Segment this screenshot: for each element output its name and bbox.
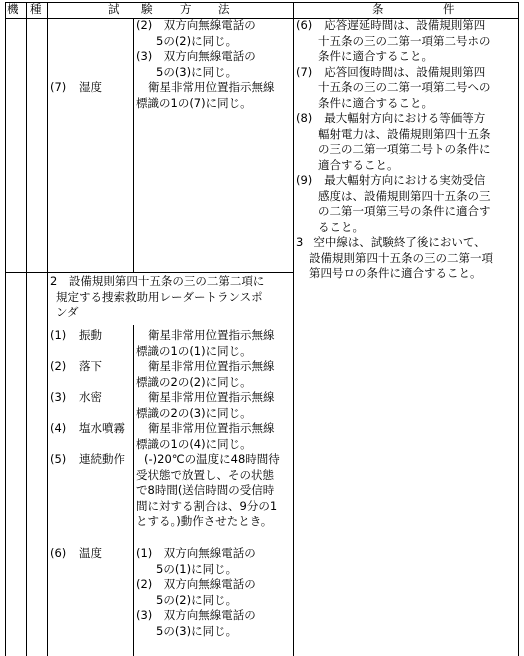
item-line: 標識の1の(1)に同じ。 [136, 344, 275, 360]
condition-line: (6)応答遅延時間は、設備規則第四 [296, 18, 491, 34]
heading-line: ンダ [50, 305, 264, 321]
item-name: 振動 [79, 328, 102, 344]
item-line: とする。)動作させたとき。 [136, 514, 280, 530]
table-top-border [5, 2, 519, 3]
condition-6: (6)応答遅延時間は、設備規則第四 十五条の三の二第一項第二号ホの 条件に適合す… [296, 18, 491, 65]
model-col-divider [26, 2, 27, 656]
block-separator [5, 272, 293, 273]
item-number: (3) [50, 390, 66, 406]
item-description: (1) 双方向無線電話の 5の(1)に同じ。 (2) 双方向無線電話の 5の(2… [136, 546, 256, 639]
item-line: 衛星非常用位置指示無線 [136, 421, 275, 437]
method-sub-divider-lower [133, 325, 134, 656]
condition-col-left-border [293, 2, 294, 656]
header-model-1: 機 [7, 2, 19, 17]
method-sub-divider-upper [133, 18, 134, 272]
condition-line: 第四号ロの条件に適合すること。 [296, 266, 493, 282]
sart-heading: 2 設備規則第四十五条の三の二第二項に 規定する捜索救助用レーダートランスポ ン… [50, 274, 264, 321]
condition-3-antenna: 3空中線は、試験終了後において、 設備規則第四十五条の三の二第一項 第四号ロの条… [296, 235, 493, 282]
item-name: 湿度 [79, 80, 102, 96]
item-name: 連続動作 [79, 452, 125, 468]
condition-line: 感度は、設備規則第四十五条の三 [296, 189, 491, 205]
item-description: 衛星非常用位置指示無線 標識の2の(3)に同じ。 [136, 390, 275, 421]
table-left-border [5, 2, 6, 656]
condition-line: 条件に適合すること。 [296, 96, 491, 112]
item-line: (2) 双方向無線電話の [136, 577, 256, 593]
item-line: 標識の1の(7)に同じ。 [136, 96, 275, 112]
condition-line: 十五条の三の二第一項第二号への [296, 80, 491, 96]
item-number: (4) [50, 421, 66, 437]
item-number: (1) [50, 328, 66, 344]
item-name: 塩水噴霧 [79, 421, 125, 437]
condition-line: ること。 [296, 220, 491, 236]
condition-line: (9)最大輻射方向における実効受信 [296, 173, 491, 189]
condition-7: (7)応答回復時間は、設備規則第四 十五条の三の二第一項第二号への 条件に適合す… [296, 65, 491, 112]
header-method-4: 法 [218, 2, 230, 17]
item-line: 5の(2)に同じ。 [136, 593, 256, 609]
header-condition-2: 件 [443, 2, 455, 17]
method-line: 5の(2)に同じ。 [136, 34, 256, 50]
condition-line: の二第一項第三号の条件に適合す [296, 204, 491, 220]
item-line: 衛星非常用位置指示無線 [136, 80, 275, 96]
item-line: 受状態で放置し、その状態 [136, 468, 280, 484]
header-condition-1: 条 [372, 2, 384, 17]
item-line: 標識の1の(4)に同じ。 [136, 437, 275, 453]
condition-line: (7)応答回復時間は、設備規則第四 [296, 65, 491, 81]
method-line: 5の(3)に同じ。 [136, 65, 256, 81]
item-description: 衛星非常用位置指示無線 標識の1の(7)に同じ。 [136, 80, 275, 111]
item-name: 水密 [79, 390, 102, 406]
method-line: (2) 双方向無線電話の [136, 18, 256, 34]
heading-line: 規定する捜索救助用レーダートランスポ [50, 290, 264, 306]
condition-line: (8)最大輻射方向における等価等方 [296, 111, 491, 127]
item-line: 5の(1)に同じ。 [136, 562, 256, 578]
method-col-left-border [47, 2, 48, 656]
item-number: (5) [50, 452, 66, 468]
condition-line: の三の二第一項第二号トの条件に [296, 142, 491, 158]
header-model-2: 種 [30, 2, 42, 17]
condition-line: 十五条の三の二第一項第二号ホの [296, 34, 491, 50]
item-number: (2) [50, 359, 66, 375]
item-line: 標識の2の(3)に同じ。 [136, 406, 275, 422]
item-description: 衛星非常用位置指示無線 標識の2の(2)に同じ。 [136, 359, 275, 390]
item-description: 衛星非常用位置指示無線 標識の1の(4)に同じ。 [136, 421, 275, 452]
item-line: で8時間(送信時間の受信時 [136, 483, 280, 499]
item-name: 温度 [79, 546, 102, 562]
item-line: 標識の2の(2)に同じ。 [136, 375, 275, 391]
item-line: (1) 双方向無線電話の [136, 546, 256, 562]
item-number: (6) [50, 546, 66, 562]
condition-9: (9)最大輻射方向における実効受信 感度は、設備規則第四十五条の三 の二第一項第… [296, 173, 491, 235]
table-right-border [518, 2, 519, 656]
heading-line: 2 設備規則第四十五条の三の二第二項に [50, 274, 264, 290]
header-method-2: 験 [141, 2, 153, 17]
condition-line: 適合すること。 [296, 158, 491, 174]
item-line: 間に対する割合は、9分の1 [136, 499, 280, 515]
item-description: 衛星非常用位置指示無線 標識の1の(1)に同じ。 [136, 328, 275, 359]
header-method-3: 方 [180, 2, 192, 17]
condition-line: 条件に適合すること。 [296, 49, 491, 65]
item-name: 落下 [79, 359, 102, 375]
condition-line: 3空中線は、試験終了後において、 [296, 235, 493, 251]
upper-method-continuation: (2) 双方向無線電話の 5の(2)に同じ。 (3) 双方向無線電話の 5の(3… [136, 18, 256, 80]
condition-line: 輻射電力は、設備規則第四十五条 [296, 127, 491, 143]
item-line: 衛星非常用位置指示無線 [136, 390, 275, 406]
item-description: (-)20℃の温度に48時間待 受状態で放置し、その状態 で8時間(送信時間の受… [136, 452, 280, 530]
condition-line: 設備規則第四十五条の三の二第一項 [296, 251, 493, 267]
condition-8: (8)最大輻射方向における等価等方 輻射電力は、設備規則第四十五条 の三の二第一… [296, 111, 491, 173]
item-line: 衛星非常用位置指示無線 [136, 328, 275, 344]
item-line: (-)20℃の温度に48時間待 [136, 452, 280, 468]
header-method-1: 試 [108, 2, 120, 17]
item-line: 5の(3)に同じ。 [136, 624, 256, 640]
method-line: (3) 双方向無線電話の [136, 49, 256, 65]
item-line: 衛星非常用位置指示無線 [136, 359, 275, 375]
item-number: (7) [50, 80, 66, 96]
item-line: (3) 双方向無線電話の [136, 608, 256, 624]
